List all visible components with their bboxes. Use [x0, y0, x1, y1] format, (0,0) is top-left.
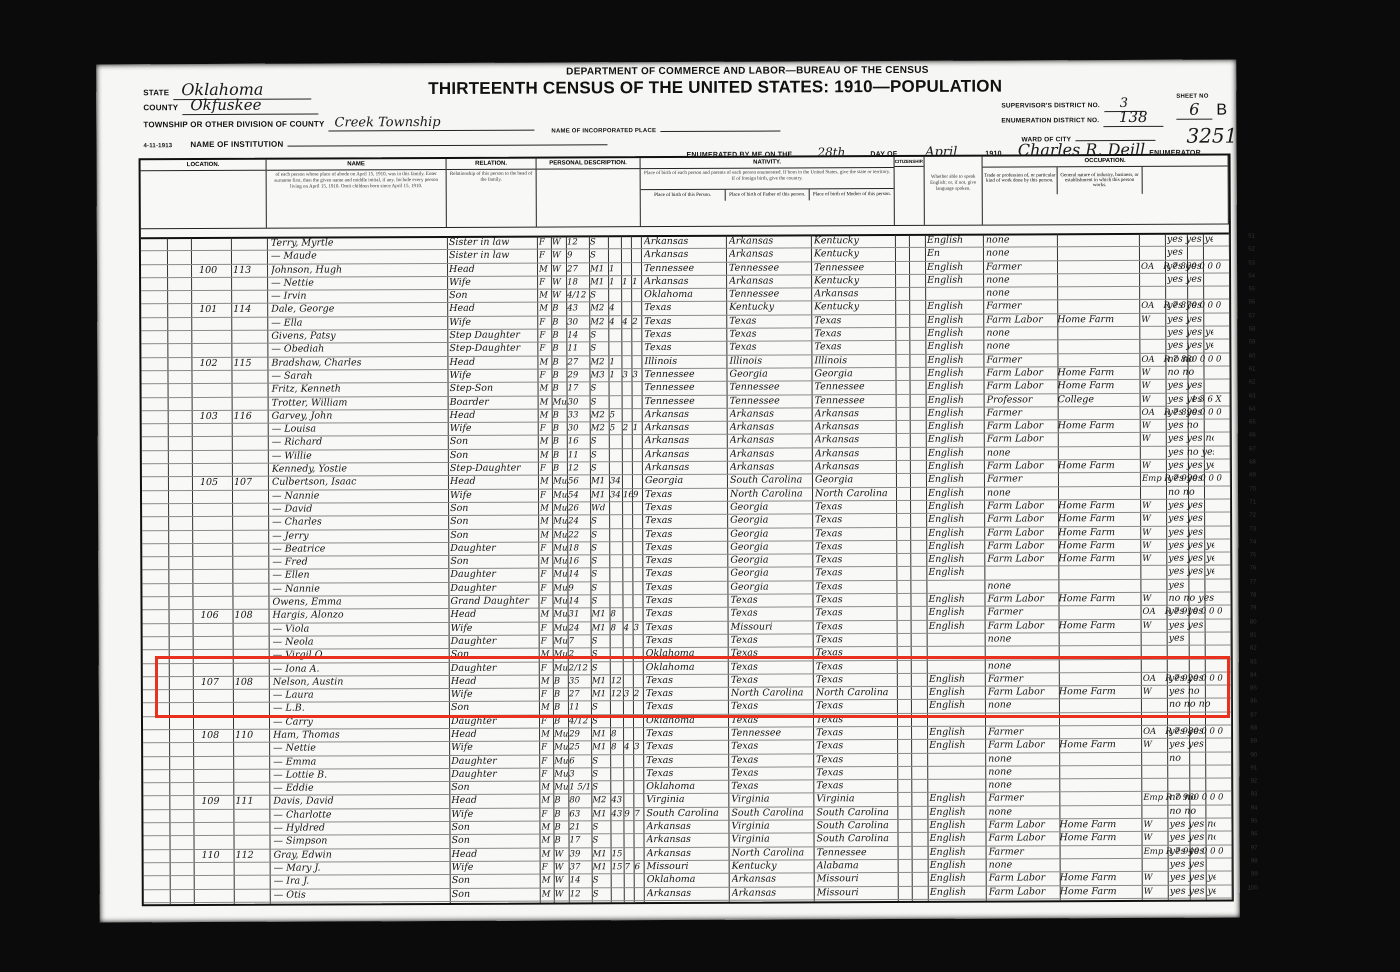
cell-bp: Texas [645, 488, 727, 501]
cell-name: — Nannie [272, 583, 448, 597]
cell-fbp: Tennessee [729, 289, 811, 302]
cell-sex: F [540, 463, 552, 476]
cell-fam [235, 637, 267, 650]
cell-occ: Farm Labor [987, 540, 1057, 553]
cell-lang [929, 753, 985, 766]
cell-lit [1167, 287, 1213, 300]
cell-kids [623, 582, 632, 595]
cell-mbp: Texas [816, 700, 896, 713]
cell-mbp: Texas [816, 754, 896, 767]
cell-name: — Charlotte [273, 809, 449, 823]
cell-race: B [554, 689, 568, 702]
cell-yrs: 43 [611, 808, 623, 821]
cell-yrs [610, 529, 622, 542]
cell-rel: Son [450, 556, 538, 569]
cell-bp: Texas [646, 635, 728, 648]
cell-dw [201, 823, 233, 836]
cell-occ: Farmer [987, 474, 1057, 487]
cell-kids [623, 409, 632, 422]
cell-fam: 114 [233, 304, 265, 317]
cell-ind: Home Farm [1058, 380, 1138, 393]
cell-sex: F [540, 423, 552, 436]
cell-alive [634, 834, 643, 847]
cell-ind: Home Farm [1060, 885, 1140, 898]
cell-race: Mu [553, 476, 567, 489]
cell-name: — Louisa [272, 423, 448, 437]
cell-emp: W [1142, 526, 1166, 539]
cell-kids [624, 835, 633, 848]
cell-ms: S [591, 462, 609, 475]
cell-alive [635, 848, 644, 861]
cell-name: Garvey, John [272, 410, 448, 424]
cell-bp: Texas [644, 302, 726, 315]
cell-sex: M [541, 835, 553, 848]
cell-lang: English [927, 354, 983, 367]
cell-rel: Wife [452, 862, 540, 875]
cell-sex: M [540, 529, 552, 542]
cell-ind: Home Farm [1057, 314, 1137, 327]
cell-name: Bradshaw, Charles [271, 357, 447, 371]
cell-rel: Wife [451, 808, 539, 821]
cell-ind [1058, 566, 1138, 579]
cell-dw [200, 584, 232, 597]
cell-yrs: 8 [611, 741, 623, 754]
cell-ind [1059, 633, 1139, 646]
cell-yrs [611, 835, 623, 848]
cell-bp: Texas [645, 595, 727, 608]
cell-name: Gray, Edwin [274, 849, 450, 863]
cell-alive [633, 542, 642, 555]
cell-age: 12 [568, 462, 590, 475]
cell-sex: M [539, 290, 551, 303]
cell-sex: F [539, 237, 551, 250]
cell-yrs [611, 648, 623, 661]
cell-yrs [611, 715, 623, 728]
cell-name: — Ellen [272, 569, 448, 583]
cell-lit: yes yes [1168, 380, 1214, 393]
cell-mbp: Texas [816, 661, 896, 674]
cell-emp: W [1143, 739, 1167, 752]
cell-race: W [555, 848, 569, 861]
cell-rel: Son [451, 649, 539, 662]
cell-yrs [609, 289, 621, 302]
cell-race: B [554, 715, 568, 728]
cell-sex: M [541, 649, 553, 662]
cell-ind: Home Farm [1059, 739, 1139, 752]
cell-ms: S [591, 529, 609, 542]
cell-yrs: 8 [611, 622, 623, 635]
cell-kids [623, 476, 632, 489]
cell-race: B [552, 356, 566, 369]
birth-father-header: Place of birth of Father of this person. [725, 189, 810, 200]
cell-lang [928, 580, 984, 593]
cell-ownership: R 7 940 0 0 0 [1074, 845, 1224, 859]
cell-sex: F [541, 662, 553, 675]
cell-kids: 1 [622, 276, 631, 289]
line-number: 79 [1250, 606, 1257, 612]
cell-yrs: 1 [609, 369, 621, 382]
cell-dw [202, 836, 234, 849]
cell-age: 14 [568, 569, 590, 582]
cell-lang: English [928, 381, 984, 394]
cell-emp [1144, 859, 1168, 872]
cell-rel: Step-Daughter [450, 463, 538, 476]
cell-fam [235, 623, 267, 636]
cell-dw: 106 [201, 610, 233, 623]
cell-kids [624, 675, 633, 688]
cell-mbp: Tennessee [815, 395, 895, 408]
cell-dw: 108 [201, 730, 233, 743]
cell-ind [1059, 659, 1139, 672]
cell-name: Nelson, Austin [273, 676, 449, 690]
line-number: 100 [1248, 885, 1258, 891]
cell-fam [235, 663, 267, 676]
cell-sex: M [540, 516, 552, 529]
line-number: 74 [1250, 539, 1257, 545]
cell-name: Fritz, Kenneth [272, 383, 448, 397]
cell-occ: Farm Labor [989, 886, 1059, 899]
cell-kids [622, 356, 631, 369]
sheet-side: B [1216, 102, 1227, 119]
cell-occ: none [987, 447, 1057, 460]
cell-fbp: Tennessee [729, 262, 811, 275]
institution-value [287, 144, 607, 146]
cell-age: 24 [569, 622, 591, 635]
cell-fbp: Kentucky [729, 302, 811, 315]
cell-mbp: Texas [815, 501, 895, 514]
cell-dw [201, 743, 233, 756]
cell-sex: F [541, 742, 553, 755]
cell-mbp: Arkansas [815, 421, 895, 434]
cell-occ: none [986, 234, 1056, 247]
cell-alive [634, 662, 643, 675]
cell-yrs [611, 781, 623, 794]
cell-age: 11 [568, 449, 590, 462]
line-number: 78 [1250, 592, 1257, 598]
cell-kids: 2 [623, 422, 632, 435]
cell-name: — Iona A. [273, 662, 449, 676]
cell-race: Mu [553, 556, 567, 569]
cell-rel: Son [449, 290, 537, 303]
cell-lang: English [928, 501, 984, 514]
cell-occ: Farm Labor [987, 553, 1057, 566]
cell-sex: F [540, 542, 552, 555]
cell-lang: English [930, 846, 986, 859]
cell-age: 6 [569, 755, 591, 768]
cell-age: 27 [569, 688, 591, 701]
cell-kids [622, 249, 631, 262]
cell-alive [633, 462, 642, 475]
cell-bp: Texas [646, 675, 728, 688]
cell-yrs [610, 555, 622, 568]
cell-race: W [555, 888, 569, 901]
cell-fbp: Arkansas [729, 235, 811, 248]
cell-bp: Texas [645, 581, 727, 594]
cell-age: 63 [569, 808, 591, 821]
language-description: Whether able to speak English; or, if no… [925, 157, 982, 195]
cell-name: Culbertson, Isaac [272, 476, 448, 490]
cell-emp [1143, 659, 1167, 672]
cell-rel: Head [449, 303, 537, 316]
cell-sex: M [539, 356, 551, 369]
cell-rel: Daughter [450, 582, 538, 595]
cell-fam: 110 [235, 730, 267, 743]
cell-mbp: Kentucky [814, 235, 894, 248]
cell-lit: yes [1169, 633, 1215, 646]
cell-occ: Farm Labor [988, 686, 1058, 699]
cell-age: 14 [570, 875, 592, 888]
cell-race: B [553, 449, 567, 462]
cell-fbp: Texas [731, 767, 813, 780]
county-value: Okfuskee [182, 96, 318, 116]
cell-alive [632, 289, 641, 302]
cell-name: Owens, Emma [272, 596, 448, 610]
cell-fbp: Illinois [729, 355, 811, 368]
cell-alive: 1 [632, 276, 641, 289]
cell-lit: yes no yes [1168, 446, 1214, 459]
cell-fam [233, 291, 265, 304]
cell-kids [623, 515, 632, 528]
cell-bp: Oklahoma [646, 648, 728, 661]
cell-yrs: 43 [611, 795, 623, 808]
line-number: 84 [1250, 672, 1257, 678]
cell-mbp: Georgia [814, 368, 894, 381]
cell-age: 11 [569, 702, 591, 715]
cell-race: B [554, 835, 568, 848]
cell-yrs [610, 515, 622, 528]
cell-ind: Home Farm [1058, 420, 1138, 433]
cell-occ: Farm Labor [988, 819, 1058, 832]
cell-ms: S [590, 250, 608, 263]
cell-age: 26 [568, 502, 590, 515]
cell-yrs [612, 874, 624, 887]
cell-kids [622, 303, 631, 316]
cell-race: B [554, 822, 568, 835]
cell-alive: 3 [634, 741, 643, 754]
cell-dw [201, 624, 233, 637]
cell-sex: M [539, 263, 551, 276]
cell-name: — Maude [271, 250, 447, 264]
cell-dw [200, 504, 232, 517]
line-number: 87 [1250, 712, 1257, 718]
cell-emp [1143, 633, 1167, 646]
cell-lang: English [929, 687, 985, 700]
cell-occ: Farm Labor [988, 740, 1058, 753]
cell-emp: W [1143, 832, 1167, 845]
cell-fam [234, 570, 266, 583]
cell-alive [634, 768, 643, 781]
cell-kids [624, 715, 633, 728]
relation-description: Relationship of this person to the head … [447, 170, 536, 186]
cell-mbp: Kentucky [814, 301, 894, 314]
cell-alive [634, 635, 643, 648]
cell-fam [234, 504, 266, 517]
cell-lang: English [927, 341, 983, 354]
incorporated-place-field: NAME OF INCORPORATED PLACE [551, 119, 780, 138]
cell-fbp: Texas [731, 661, 813, 674]
cell-mbp: South Carolina [816, 807, 896, 820]
cell-race: Mu [554, 622, 568, 635]
cell-ms: S [590, 236, 608, 249]
cell-ind: Home Farm [1058, 460, 1138, 473]
cell-yrs: 15 [612, 848, 624, 861]
cell-race: B [552, 369, 566, 382]
cell-ms: M2 [592, 795, 610, 808]
cell-dw [200, 397, 232, 410]
cell-dw [201, 717, 233, 730]
cell-age: 54 [568, 489, 590, 502]
cell-dw [199, 251, 231, 264]
cell-rel: Sister in law [449, 237, 537, 250]
cell-age: 2 [569, 649, 591, 662]
cell-age: 21 [569, 821, 591, 834]
cell-ms: Wd [591, 502, 609, 515]
cell-alive [633, 595, 642, 608]
cell-dw: 110 [202, 850, 234, 863]
cell-fbp: North Carolina [730, 488, 812, 501]
cell-fam [234, 517, 266, 530]
cell-ownership: R 7 890 0 0 0 [1072, 406, 1222, 420]
cell-age: 4/12 [567, 290, 589, 303]
cell-fbp: Texas [731, 674, 813, 687]
cell-kids [625, 874, 634, 887]
cell-ind: Home Farm [1058, 526, 1138, 539]
cell-ms: M3 [590, 369, 608, 382]
cell-alive [633, 409, 642, 422]
cell-lit: no no no [1169, 699, 1215, 712]
cell-alive [635, 874, 644, 887]
census-table: LOCATION. NAME of each person whose plac… [139, 154, 1234, 907]
cell-age: 3 [569, 768, 591, 781]
cell-alive [632, 249, 641, 262]
cell-fam: 107 [234, 477, 266, 490]
cell-race: Mu [554, 782, 568, 795]
cell-dw [199, 238, 231, 251]
cell-age: 27 [567, 263, 589, 276]
cell-rel: Head [450, 409, 538, 422]
cell-fbp: Arkansas [730, 422, 812, 435]
cell-emp: W [1142, 540, 1166, 553]
cell-kids: 4 [622, 316, 631, 329]
cell-yrs [610, 396, 622, 409]
cell-sex: M [540, 449, 552, 462]
cell-fbp: Texas [731, 701, 813, 714]
cell-ms: S [592, 648, 610, 661]
cell-kids [623, 569, 632, 582]
cell-lang: English [929, 806, 985, 819]
cell-fbp: North Carolina [731, 687, 813, 700]
cell-bp: Oklahoma [644, 289, 726, 302]
line-number: 55 [1248, 287, 1255, 293]
cell-alive [634, 795, 643, 808]
cell-dw [199, 278, 231, 291]
cell-alive [634, 755, 643, 768]
cell-emp: W [1142, 593, 1166, 606]
cell-sex: F [539, 250, 551, 263]
cell-yrs: 5 [610, 422, 622, 435]
cell-emp [1141, 234, 1165, 247]
cell-yrs: 4 [609, 316, 621, 329]
cell-dw [200, 464, 232, 477]
cell-ind [1059, 753, 1139, 766]
cell-bp: Arkansas [647, 887, 729, 900]
cell-emp [1142, 486, 1166, 499]
cell-race: W [555, 875, 569, 888]
cell-fbp: Texas [730, 594, 812, 607]
cell-dw [200, 437, 232, 450]
cell-yrs: 34 [610, 489, 622, 502]
cell-mbp: Texas [816, 647, 896, 660]
line-number: 98 [1251, 858, 1258, 864]
cell-bp: Arkansas [646, 834, 728, 847]
cell-name: Givens, Patsy [271, 330, 447, 344]
cell-occ: Farm Labor [987, 593, 1057, 606]
cell-fam [236, 889, 268, 902]
line-number: 93 [1251, 792, 1258, 798]
cell-lang: English [929, 833, 985, 846]
relation-title: RELATION. [447, 159, 536, 170]
cell-ms: S [591, 449, 609, 462]
cell-lang: English [928, 407, 984, 420]
cell-race: B [553, 383, 567, 396]
cell-mbp: Texas [815, 581, 895, 594]
cell-ms: M1 [591, 489, 609, 502]
cell-kids [622, 329, 631, 342]
cell-sex: M [541, 795, 553, 808]
cell-fbp: Georgia [730, 568, 812, 581]
cell-rel: Son [451, 822, 539, 835]
cell-name: — Simpson [274, 835, 450, 849]
cell-mbp: South Carolina [816, 833, 896, 846]
line-number: 53 [1248, 260, 1255, 266]
ed-number: 138 [1103, 108, 1163, 127]
cell-sex: M [540, 556, 552, 569]
cell-fam [235, 783, 267, 796]
cell-rel: Head [449, 263, 537, 276]
cell-name: Terry, Myrtle [271, 237, 447, 251]
cell-yrs [610, 569, 622, 582]
cell-alive [634, 702, 643, 715]
cell-bp: Arkansas [645, 435, 727, 448]
nativity-description: Place of birth of each person and parent… [641, 168, 894, 185]
cell-emp: W [1142, 513, 1166, 526]
cell-name: — Beatrice [272, 543, 448, 557]
cell-fbp: Texas [729, 315, 811, 328]
cell-ms: S [591, 515, 609, 528]
cell-dw [199, 371, 231, 384]
cell-rel: Step-Son [450, 383, 538, 396]
cell-bp: Arkansas [645, 409, 727, 422]
cell-occ: none [988, 660, 1058, 673]
cell-alive [633, 502, 642, 515]
occupation-header: OCCUPATION. Trade or profession of, or p… [983, 156, 1229, 225]
cell-sex: M [541, 675, 553, 688]
cell-age: 7 [569, 635, 591, 648]
citizenship-title: CITIZENSHIP. [895, 157, 924, 167]
name-header: NAME of each person whose place of abode… [267, 159, 447, 228]
cell-emp: W [1141, 314, 1165, 327]
cell-lang: English [929, 820, 985, 833]
cell-dw [201, 650, 233, 663]
cell-emp: W [1144, 885, 1168, 898]
cell-fam [233, 238, 265, 251]
cell-bp: Texas [644, 342, 726, 355]
cell-bp: Tennessee [645, 395, 727, 408]
cell-ind: Home Farm [1060, 872, 1140, 885]
cell-mbp: Texas [815, 541, 895, 554]
line-number: 71 [1249, 499, 1256, 505]
cell-sex: F [539, 369, 551, 382]
